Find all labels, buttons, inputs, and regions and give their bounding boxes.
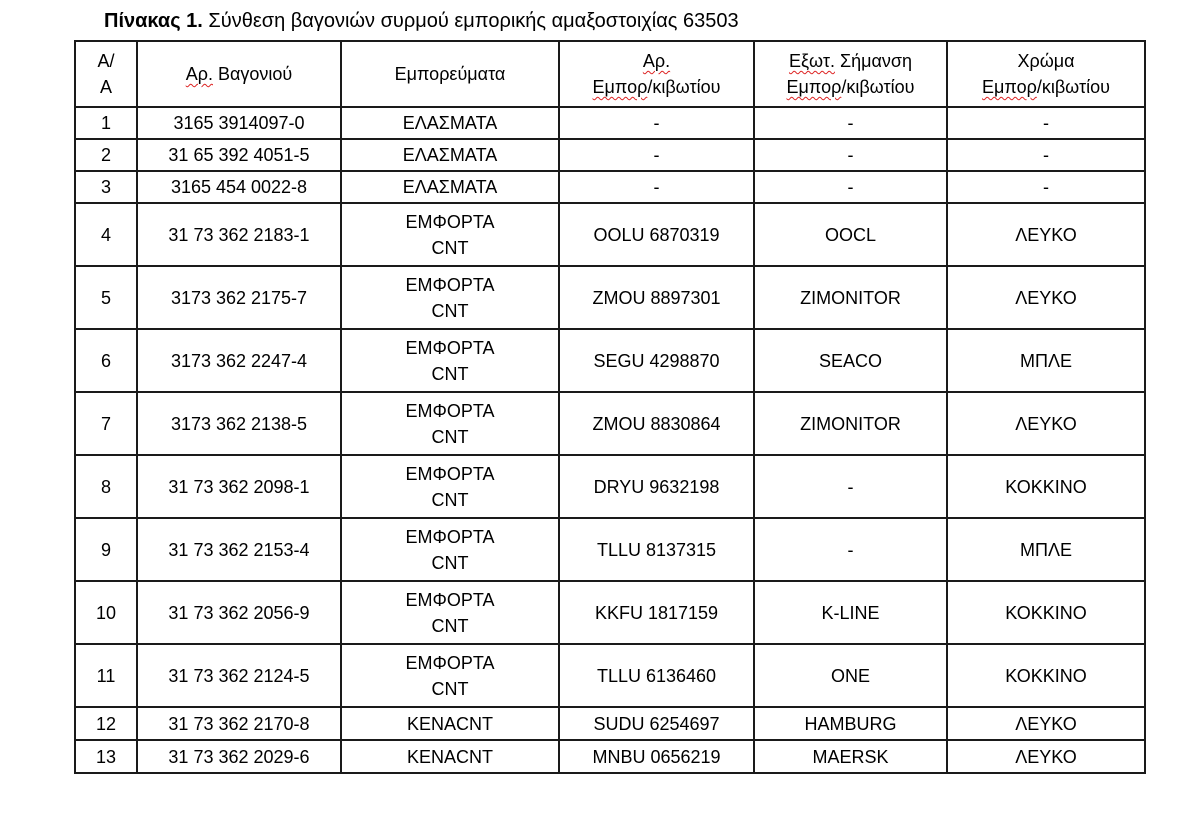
table-row: 1031 73 362 2056-9ΕΜΦΟΡΤΑCNTKKFU 1817159… (75, 581, 1145, 644)
external-marking-cell: SEACO (754, 329, 947, 392)
container-number-cell: TLLU 6136460 (559, 644, 754, 707)
wagon-number-cell: 31 73 362 2183-1 (137, 203, 341, 266)
container-color-cell: ΛΕΥΚΟ (947, 266, 1145, 329)
container-number-cell: SUDU 6254697 (559, 707, 754, 740)
header-goods: Εμπορεύματα (341, 41, 559, 107)
aa-cell: 5 (75, 266, 137, 329)
table-row: 1131 73 362 2124-5ΕΜΦΟΡΤΑCNTTLLU 6136460… (75, 644, 1145, 707)
aa-cell: 6 (75, 329, 137, 392)
wagon-number-cell: 3173 362 2138-5 (137, 392, 341, 455)
container-number-cell: ZMOU 8897301 (559, 266, 754, 329)
container-number-cell: OOLU 6870319 (559, 203, 754, 266)
table-caption: Πίνακας 1. Σύνθεση βαγονιών συρμού εμπορ… (104, 10, 739, 33)
aa-cell: 1 (75, 107, 137, 139)
caption-text: Σύνθεση βαγονιών συρμού εμπορικής αμαξοσ… (203, 10, 739, 32)
wagon-composition-table: Α/ Α Αρ. Βαγονιού Εμπορεύματα Αρ. Εμπορ/… (74, 40, 1146, 774)
external-marking-cell: HAMBURG (754, 707, 947, 740)
table-row: 13165 3914097-0ΕΛΑΣΜΑΤΑ--- (75, 107, 1145, 139)
aa-cell: 10 (75, 581, 137, 644)
wagon-number-cell: 31 73 362 2098-1 (137, 455, 341, 518)
table-row: 63173 362 2247-4ΕΜΦΟΡΤΑCNTSEGU 4298870SE… (75, 329, 1145, 392)
container-number-cell: - (559, 139, 754, 171)
header-container-number: Αρ. Εμπορ/κιβωτίου (559, 41, 754, 107)
aa-cell: 11 (75, 644, 137, 707)
container-number-cell: DRYU 9632198 (559, 455, 754, 518)
external-marking-cell: - (754, 139, 947, 171)
external-marking-cell: ZIMONITOR (754, 392, 947, 455)
aa-cell: 2 (75, 139, 137, 171)
wagon-number-cell: 3173 362 2175-7 (137, 266, 341, 329)
goods-cell: ΕΛΑΣΜΑΤΑ (341, 107, 559, 139)
table-row: 1231 73 362 2170-8KENACNTSUDU 6254697HAM… (75, 707, 1145, 740)
header-wagon-number: Αρ. Βαγονιού (137, 41, 341, 107)
goods-cell: ΕΜΦΟΡΤΑCNT (341, 518, 559, 581)
external-marking-cell: - (754, 171, 947, 203)
container-number-cell: - (559, 171, 754, 203)
wagon-number-cell: 31 73 362 2124-5 (137, 644, 341, 707)
wagon-number-cell: 31 65 392 4051-5 (137, 139, 341, 171)
external-marking-cell: MAERSK (754, 740, 947, 773)
table-row: 231 65 392 4051-5ΕΛΑΣΜΑΤΑ--- (75, 139, 1145, 171)
external-marking-cell: ZIMONITOR (754, 266, 947, 329)
container-number-cell: ZMOU 8830864 (559, 392, 754, 455)
header-aa: Α/ Α (75, 41, 137, 107)
container-number-cell: - (559, 107, 754, 139)
table-row: 73173 362 2138-5ΕΜΦΟΡΤΑCNTZMOU 8830864ZI… (75, 392, 1145, 455)
container-color-cell: ΚΟΚΚΙΝΟ (947, 455, 1145, 518)
goods-cell: ΕΜΦΟΡΤΑCNT (341, 455, 559, 518)
goods-cell: ΕΛΑΣΜΑΤΑ (341, 139, 559, 171)
container-color-cell: - (947, 171, 1145, 203)
container-number-cell: TLLU 8137315 (559, 518, 754, 581)
table-row: 431 73 362 2183-1ΕΜΦΟΡΤΑCNTOOLU 6870319O… (75, 203, 1145, 266)
header-row: Α/ Α Αρ. Βαγονιού Εμπορεύματα Αρ. Εμπορ/… (75, 41, 1145, 107)
container-color-cell: ΛΕΥΚΟ (947, 203, 1145, 266)
aa-cell: 7 (75, 392, 137, 455)
external-marking-cell: - (754, 455, 947, 518)
header-external-marking: Εξωτ. Σήμανση Εμπορ/κιβωτίου (754, 41, 947, 107)
goods-cell: KENACNT (341, 740, 559, 773)
wagon-number-cell: 3165 3914097-0 (137, 107, 341, 139)
container-color-cell: ΚΟΚΚΙΝΟ (947, 581, 1145, 644)
goods-cell: ΕΜΦΟΡΤΑCNT (341, 392, 559, 455)
wagon-number-cell: 3165 454 0022-8 (137, 171, 341, 203)
aa-cell: 4 (75, 203, 137, 266)
wagon-number-cell: 3173 362 2247-4 (137, 329, 341, 392)
container-color-cell: ΚΟΚΚΙΝΟ (947, 644, 1145, 707)
table-row: 831 73 362 2098-1ΕΜΦΟΡΤΑCNTDRYU 9632198-… (75, 455, 1145, 518)
aa-cell: 3 (75, 171, 137, 203)
container-color-cell: ΛΕΥΚΟ (947, 740, 1145, 773)
goods-cell: ΕΜΦΟΡΤΑCNT (341, 203, 559, 266)
aa-cell: 13 (75, 740, 137, 773)
external-marking-cell: - (754, 518, 947, 581)
aa-cell: 8 (75, 455, 137, 518)
goods-cell: KENACNT (341, 707, 559, 740)
table-row: 53173 362 2175-7ΕΜΦΟΡΤΑCNTZMOU 8897301ZI… (75, 266, 1145, 329)
caption-label: Πίνακας 1. (104, 10, 203, 32)
goods-cell: ΕΜΦΟΡΤΑCNT (341, 266, 559, 329)
goods-cell: ΕΜΦΟΡΤΑCNT (341, 581, 559, 644)
wagon-number-cell: 31 73 362 2029-6 (137, 740, 341, 773)
external-marking-cell: K-LINE (754, 581, 947, 644)
container-number-cell: SEGU 4298870 (559, 329, 754, 392)
container-color-cell: ΛΕΥΚΟ (947, 392, 1145, 455)
external-marking-cell: ONE (754, 644, 947, 707)
container-color-cell: - (947, 139, 1145, 171)
wagon-number-cell: 31 73 362 2153-4 (137, 518, 341, 581)
container-color-cell: ΛΕΥΚΟ (947, 707, 1145, 740)
table-body: 13165 3914097-0ΕΛΑΣΜΑΤΑ---231 65 392 405… (75, 107, 1145, 773)
wagon-number-cell: 31 73 362 2170-8 (137, 707, 341, 740)
table-row: 33165 454 0022-8ΕΛΑΣΜΑΤΑ--- (75, 171, 1145, 203)
aa-cell: 12 (75, 707, 137, 740)
container-color-cell: - (947, 107, 1145, 139)
external-marking-cell: - (754, 107, 947, 139)
table-row: 1331 73 362 2029-6KENACNTMNBU 0656219MAE… (75, 740, 1145, 773)
goods-cell: ΕΜΦΟΡΤΑCNT (341, 329, 559, 392)
goods-cell: ΕΛΑΣΜΑΤΑ (341, 171, 559, 203)
aa-cell: 9 (75, 518, 137, 581)
table-row: 931 73 362 2153-4ΕΜΦΟΡΤΑCNTTLLU 8137315-… (75, 518, 1145, 581)
header-container-color: Χρώμα Εμπορ/κιβωτίου (947, 41, 1145, 107)
container-number-cell: KKFU 1817159 (559, 581, 754, 644)
container-number-cell: MNBU 0656219 (559, 740, 754, 773)
wagon-number-cell: 31 73 362 2056-9 (137, 581, 341, 644)
container-color-cell: ΜΠΛΕ (947, 518, 1145, 581)
goods-cell: ΕΜΦΟΡΤΑCNT (341, 644, 559, 707)
external-marking-cell: OOCL (754, 203, 947, 266)
container-color-cell: ΜΠΛΕ (947, 329, 1145, 392)
